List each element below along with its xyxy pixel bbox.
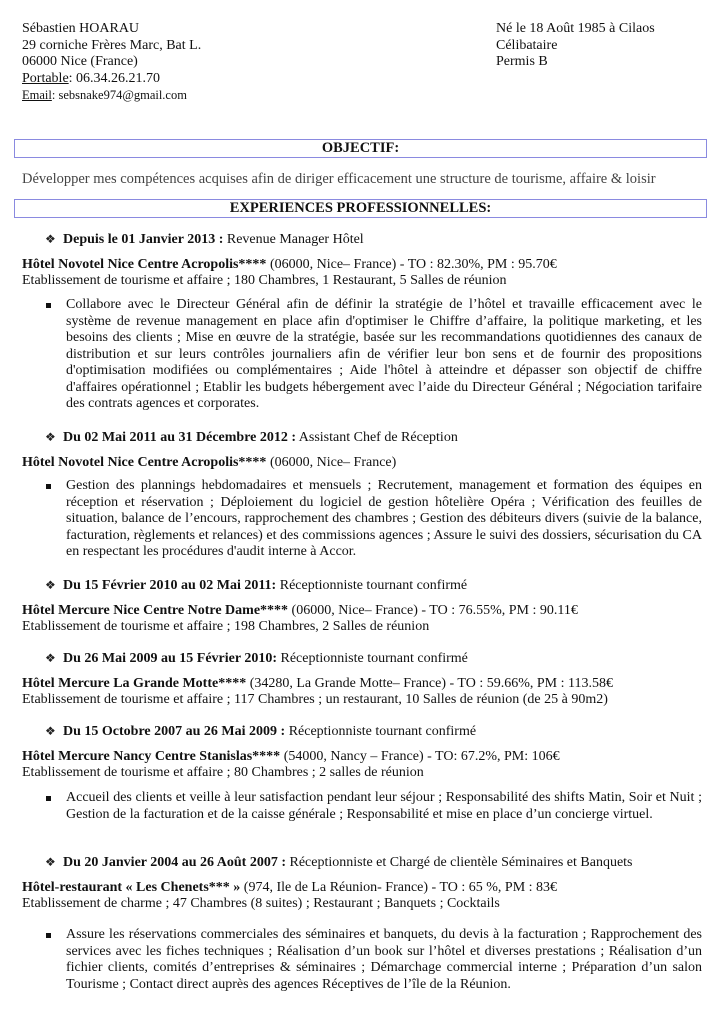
hotel-details: (06000, Nice– France) - TO : 82.30%, PM … bbox=[266, 257, 556, 272]
job-bullet-text: Collabore avec le Directeur Général afin… bbox=[66, 297, 702, 411]
hotel-name: Hôtel Mercure La Grande Motte**** bbox=[22, 676, 246, 691]
job-period: Du 20 Janvier 2004 au 26 Août 2007 : bbox=[63, 855, 286, 870]
job-role: Revenue Manager Hôtel bbox=[223, 232, 363, 247]
contact-address-line1: 29 corniche Frères Marc, Bat L. bbox=[22, 38, 201, 55]
job-title: ❖Du 26 Mai 2009 au 15 Février 2010: Réce… bbox=[45, 650, 468, 668]
diamond-bullet-icon: ❖ bbox=[45, 650, 63, 667]
hotel-line: Hôtel Mercure Nice Centre Notre Dame****… bbox=[22, 603, 578, 620]
hotel-name: Hôtel Mercure Nice Centre Notre Dame**** bbox=[22, 603, 288, 618]
driving-license: Permis B bbox=[496, 54, 655, 71]
hotel-name: Hôtel-restaurant « Les Chenets*** » bbox=[22, 880, 240, 895]
diamond-bullet-icon: ❖ bbox=[45, 429, 63, 446]
hotel-name: Hôtel Mercure Nancy Centre Stanislas**** bbox=[22, 749, 280, 764]
diamond-bullet-icon: ❖ bbox=[45, 723, 63, 740]
hotel-details: (974, Ile de La Réunion- France) - TO : … bbox=[240, 880, 557, 895]
hotel-line: Hôtel Mercure La Grande Motte**** (34280… bbox=[22, 676, 613, 693]
contact-phone: Portable: 06.34.26.21.70 bbox=[22, 71, 201, 88]
job-bullet-text: Accueil des clients et veille à leur sat… bbox=[66, 790, 702, 822]
job-bullet: Gestion des plannings hebdomadaires et m… bbox=[66, 478, 702, 561]
experience-heading: EXPERIENCES PROFESSIONNELLES: bbox=[14, 199, 707, 218]
hotel-details: (34280, La Grande Motte– France) - TO : … bbox=[246, 676, 613, 691]
contact-block: Sébastien HOARAU 29 corniche Frères Marc… bbox=[22, 21, 201, 104]
job-role: Réceptionniste tournant confirmé bbox=[277, 651, 468, 666]
job-role: Réceptionniste tournant confirmé bbox=[285, 724, 476, 739]
square-bullet-icon bbox=[46, 484, 51, 489]
job-title: ❖Depuis le 01 Janvier 2013 : Revenue Man… bbox=[45, 231, 364, 249]
hotel-name: Hôtel Novotel Nice Centre Acropolis**** bbox=[22, 455, 266, 470]
cv-page: Sébastien HOARAU 29 corniche Frères Marc… bbox=[0, 0, 725, 1024]
contact-name: Sébastien HOARAU bbox=[22, 21, 201, 38]
job-title: ❖Du 15 Février 2010 au 02 Mai 2011: Réce… bbox=[45, 577, 467, 595]
hotel-line: Hôtel Mercure Nancy Centre Stanislas****… bbox=[22, 749, 560, 766]
hotel-description: Etablissement de tourisme et affaire ; 8… bbox=[22, 765, 424, 782]
job-bullet: Accueil des clients et veille à leur sat… bbox=[66, 790, 702, 823]
diamond-bullet-icon: ❖ bbox=[45, 854, 63, 871]
job-role: Assistant Chef de Réception bbox=[296, 430, 458, 445]
job-period: Du 02 Mai 2011 au 31 Décembre 2012 : bbox=[63, 430, 296, 445]
square-bullet-icon bbox=[46, 796, 51, 801]
job-period: Depuis le 01 Janvier 2013 : bbox=[63, 232, 223, 247]
job-role: Réceptionniste et Chargé de clientèle Sé… bbox=[286, 855, 633, 870]
job-title: ❖Du 15 Octobre 2007 au 26 Mai 2009 : Réc… bbox=[45, 723, 476, 741]
job-period: Du 15 Février 2010 au 02 Mai 2011: bbox=[63, 578, 276, 593]
job-role: Réceptionniste tournant confirmé bbox=[276, 578, 467, 593]
job-bullet: Collabore avec le Directeur Général afin… bbox=[66, 297, 702, 413]
job-title: ❖Du 02 Mai 2011 au 31 Décembre 2012 : As… bbox=[45, 429, 458, 447]
hotel-description: Etablissement de charme ; 47 Chambres (8… bbox=[22, 896, 500, 913]
square-bullet-icon bbox=[46, 933, 51, 938]
square-bullet-icon bbox=[46, 303, 51, 308]
job-period: Du 26 Mai 2009 au 15 Février 2010: bbox=[63, 651, 277, 666]
diamond-bullet-icon: ❖ bbox=[45, 577, 63, 594]
contact-email: Email: sebsnake974@gmail.com bbox=[22, 87, 201, 104]
objective-text: Développer mes compétences acquises afin… bbox=[22, 171, 656, 188]
job-bullet: Assure les réservations commerciales des… bbox=[66, 927, 702, 993]
email-value[interactable]: : sebsnake974@gmail.com bbox=[52, 88, 187, 102]
hotel-name: Hôtel Novotel Nice Centre Acropolis**** bbox=[22, 257, 266, 272]
job-bullet-text: Gestion des plannings hebdomadaires et m… bbox=[66, 478, 702, 559]
phone-value: : 06.34.26.21.70 bbox=[69, 71, 160, 86]
contact-address-line2: 06000 Nice (France) bbox=[22, 54, 201, 71]
marital-status: Célibataire bbox=[496, 38, 655, 55]
birth-info: Né le 18 Août 1985 à Cilaos bbox=[496, 21, 655, 38]
hotel-details: (06000, Nice– France) - TO : 76.55%, PM … bbox=[288, 603, 578, 618]
hotel-line: Hôtel Novotel Nice Centre Acropolis**** … bbox=[22, 257, 557, 274]
hotel-description: Etablissement de tourisme et affaire ; 1… bbox=[22, 273, 507, 290]
hotel-description: Etablissement de tourisme et affaire ; 1… bbox=[22, 692, 608, 709]
hotel-line: Hôtel-restaurant « Les Chenets*** » (974… bbox=[22, 880, 557, 897]
diamond-bullet-icon: ❖ bbox=[45, 231, 63, 248]
job-period: Du 15 Octobre 2007 au 26 Mai 2009 : bbox=[63, 724, 285, 739]
hotel-details: (06000, Nice– France) bbox=[266, 455, 396, 470]
hotel-line: Hôtel Novotel Nice Centre Acropolis**** … bbox=[22, 455, 396, 472]
job-title: ❖Du 20 Janvier 2004 au 26 Août 2007 : Ré… bbox=[45, 854, 633, 872]
hotel-details: (54000, Nancy – France) - TO: 67.2%, PM:… bbox=[280, 749, 559, 764]
personal-block: Né le 18 Août 1985 à Cilaos Célibataire … bbox=[496, 21, 655, 71]
job-bullet-text: Assure les réservations commerciales des… bbox=[66, 927, 702, 992]
phone-label: Portable bbox=[22, 71, 69, 86]
email-label: Email bbox=[22, 88, 52, 102]
hotel-description: Etablissement de tourisme et affaire ; 1… bbox=[22, 619, 429, 636]
objective-heading: OBJECTIF: bbox=[14, 139, 707, 158]
